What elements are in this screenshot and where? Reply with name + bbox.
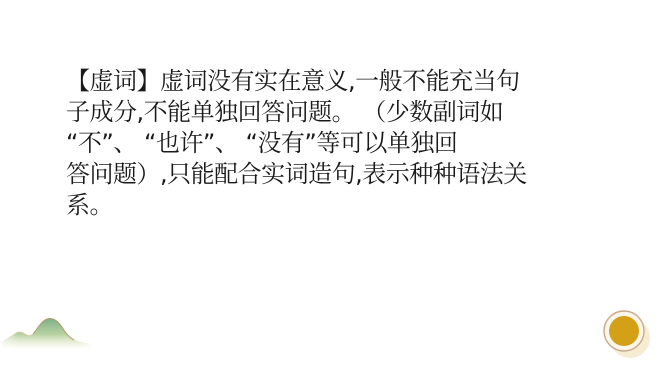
text-line-3: “不”、 “也许”、 “没有”等可以单独回: [66, 128, 606, 159]
sun-icon: [598, 305, 658, 365]
slide-body-text: 【虚词】虚词没有实在意义,一般不能充当句 子成分,不能单独回答问题。 （少数副词…: [66, 66, 606, 221]
text-line-4: 答问题）,只能配合实词造句,表示种种语法关: [66, 159, 606, 190]
text-line-1: 【虚词】虚词没有实在意义,一般不能充当句: [66, 66, 606, 97]
mountain-icon: [0, 312, 92, 348]
text-line-5: 系。: [66, 190, 606, 221]
text-line-2: 子成分,不能单独回答问题。 （少数副词如: [66, 97, 606, 128]
slide: 【虚词】虚词没有实在意义,一般不能充当句 子成分,不能单独回答问题。 （少数副词…: [0, 0, 668, 376]
